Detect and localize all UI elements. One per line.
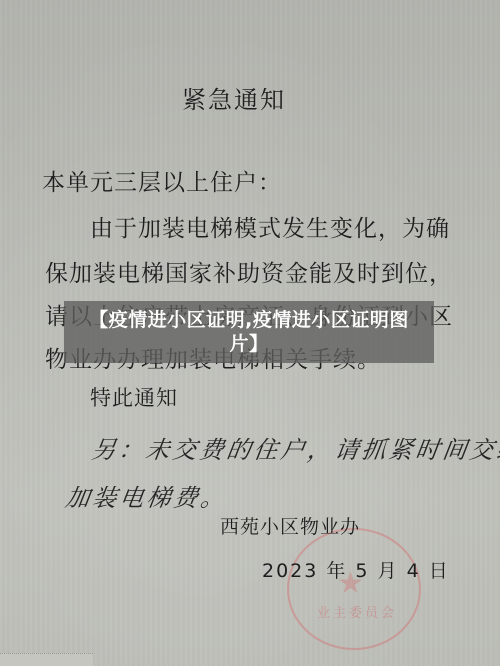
- paper-edge-scrap: [0, 653, 93, 666]
- signature: 西苑小区物业办: [220, 512, 360, 539]
- date: 2023 年 5 月 4 日: [262, 556, 450, 583]
- stamp-bottom-text: 业主委员会: [317, 602, 397, 621]
- handwritten-note-line-1: 另：未交费的住户，请抓紧时间交纳: [90, 430, 500, 465]
- official-stamp: ★ 业主委员会: [287, 528, 421, 650]
- notice-title: 紧急通知: [182, 80, 286, 115]
- paragraph-line-2: 保加装电梯国家补助资金能及时到位，: [45, 255, 453, 288]
- paragraph-line-1: 由于加装电梯模式发生变化，为确: [90, 210, 450, 243]
- handwritten-note-line-2: 加装电梯费。: [64, 478, 231, 513]
- caption-overlay: 【疫情进小区证明,疫情进小区证明图片】: [64, 301, 434, 363]
- caption-text: 【疫情进小区证明,疫情进小区证明图片】: [79, 308, 419, 356]
- salutation: 本单元三层以上住户：: [42, 164, 282, 197]
- closing-line: 特此通知: [90, 382, 178, 412]
